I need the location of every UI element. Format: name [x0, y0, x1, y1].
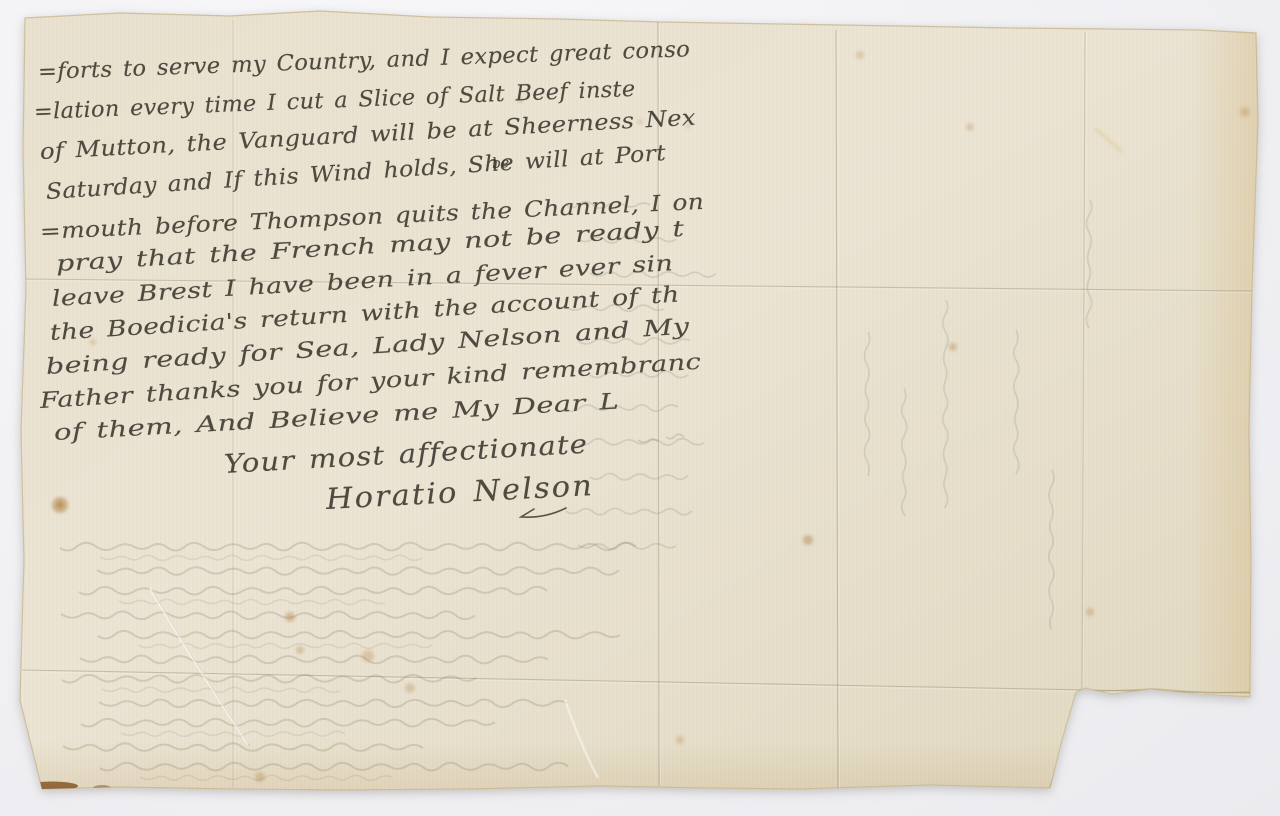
torn-edge [1050, 689, 1250, 788]
letter-paper-scan [0, 0, 1280, 816]
scan-background: =forts to serve my Country, and I expect… [0, 0, 1280, 816]
toned-bottom-edge [0, 740, 1100, 800]
toned-right-edge [1190, 0, 1260, 720]
